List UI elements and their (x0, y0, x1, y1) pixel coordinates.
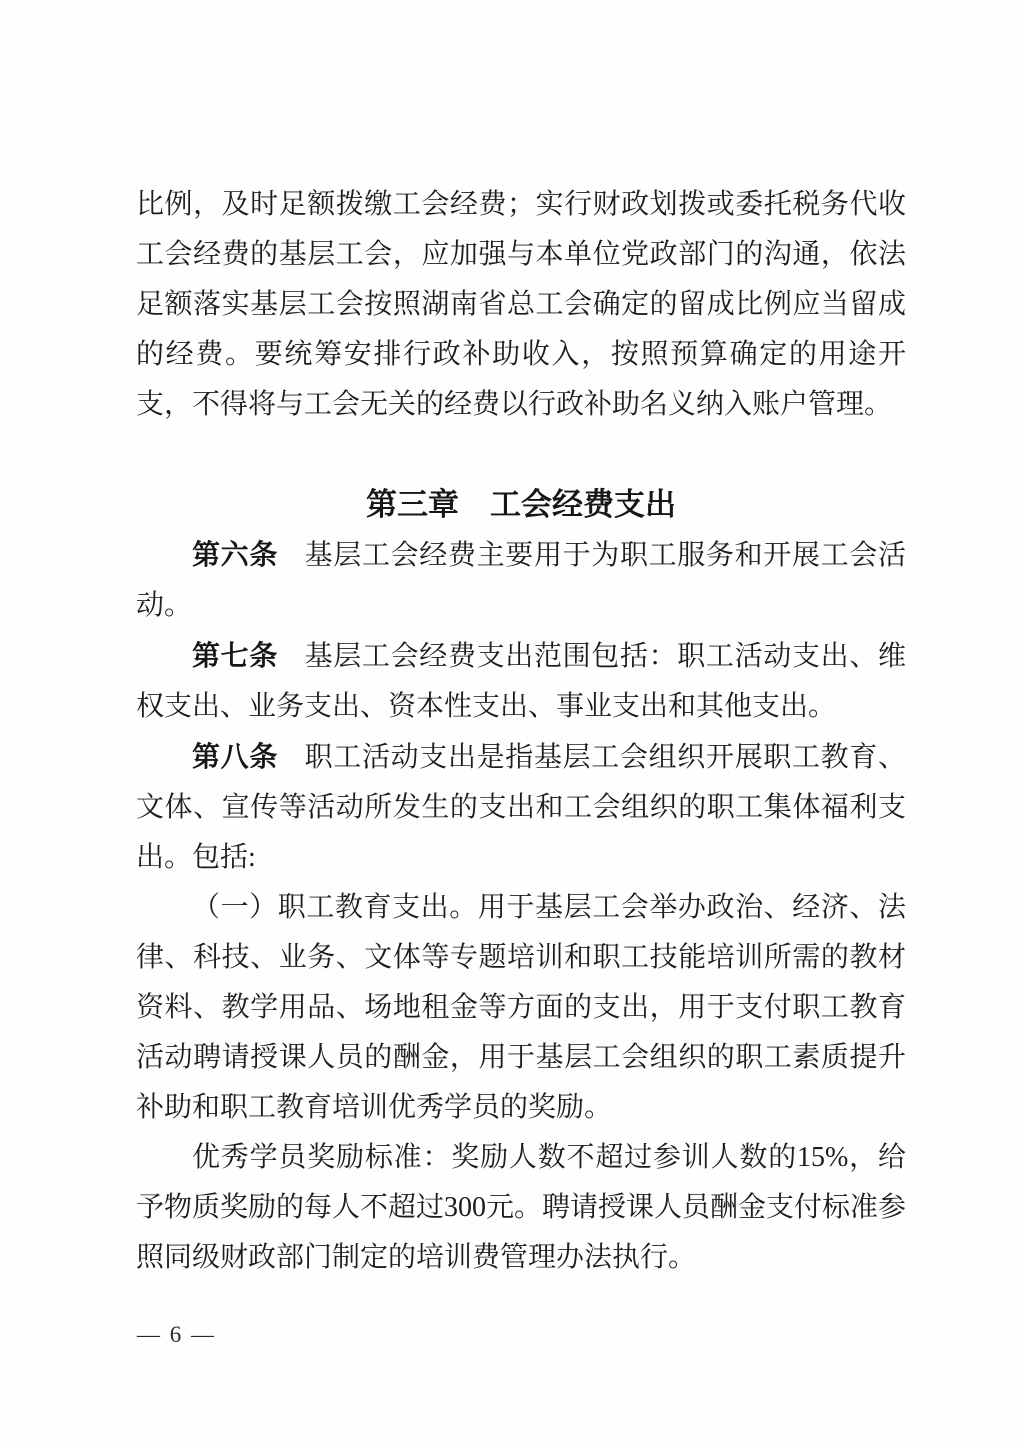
document-page: 比例，及时足额拨缴工会经费；实行财政划拨或委托税务代收工会经费的基层工会，应加强… (0, 0, 1024, 1448)
article-7-paragraph: 第七条基层工会经费支出范围包括：职工活动支出、维权支出、业务支出、资本性支出、事… (136, 631, 906, 732)
article-7-label: 第七条 (192, 640, 278, 671)
continuation-paragraph: 比例，及时足额拨缴工会经费；实行财政划拨或委托税务代收工会经费的基层工会，应加强… (136, 180, 906, 430)
chapter-title: 工会经费支出 (490, 487, 676, 522)
page-number: — 6 — (137, 1320, 216, 1350)
article-6-label: 第六条 (192, 539, 278, 570)
reward-standard-paragraph: 优秀学员奖励标准：奖励人数不超过参训人数的15%，给予物质奖励的每人不超过300… (136, 1133, 906, 1283)
article-6-paragraph: 第六条基层工会经费主要用于为职工服务和开展工会活动。 (136, 530, 906, 631)
article-8-label: 第八条 (192, 741, 278, 772)
article-8-paragraph: 第八条职工活动支出是指基层工会组织开展职工教育、文体、宣传等活动所发生的支出和工… (136, 732, 906, 883)
chapter-heading: 第三章工会经费支出 (136, 480, 906, 530)
sub-paragraph-item-1: （一）职工教育支出。用于基层工会举办政治、经济、法律、科技、业务、文体等专题培训… (136, 883, 906, 1133)
document-body: 比例，及时足额拨缴工会经费；实行财政划拨或委托税务代收工会经费的基层工会，应加强… (136, 180, 906, 1283)
chapter-number: 第三章 (366, 487, 459, 522)
